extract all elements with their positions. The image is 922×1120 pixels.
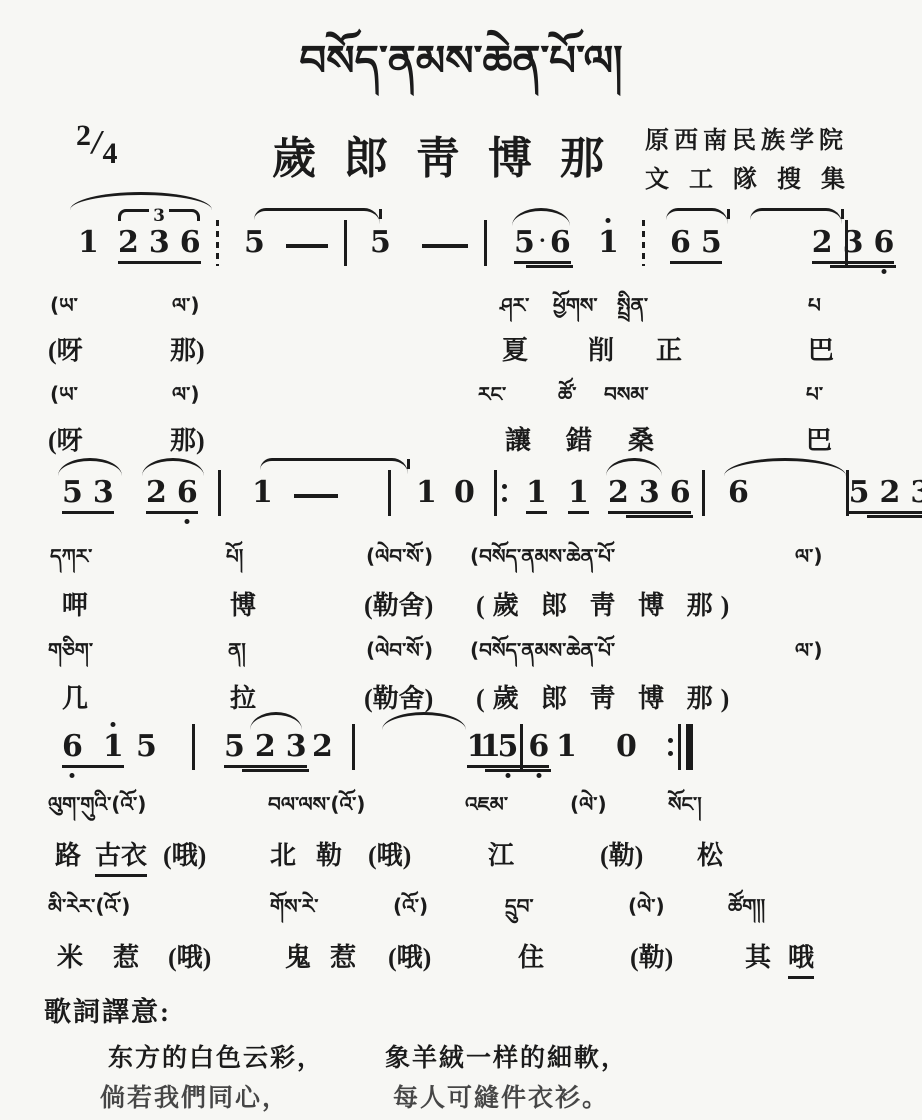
note-char: 1 <box>556 732 577 762</box>
lyric-token: 住 <box>518 937 544 974</box>
lyric-token: (哦) <box>368 835 411 872</box>
note-char: 6 <box>550 228 571 258</box>
lyric-token: 松 <box>697 835 723 872</box>
chinese-lyric-line: 几拉(勒舍)(歲 郎 靑 博 那) <box>0 678 922 726</box>
tibetan-lyric-line: དཀར་པོ།(ལེབ་སོ་)(བསོད་ནམས་ཆེན་པོ་ལ་) <box>0 534 922 582</box>
barline <box>388 470 391 516</box>
note-char: 6 <box>728 478 749 508</box>
repeat-dot <box>668 751 673 756</box>
lyric-token: (勒) <box>600 835 643 872</box>
note-group: 0 <box>454 478 475 511</box>
lyric-token: 那) <box>170 330 205 367</box>
note-char: 2 <box>312 732 333 762</box>
tibetan-lyric-line: (ཡ་ལ་)ཤར་ཕྱོགས་སྤྲིན་པ <box>0 283 922 331</box>
octave-dot-below <box>505 773 510 778</box>
lyric-token: (歲 郎 靑 博 那) <box>476 585 737 622</box>
lyric-token: 米 <box>57 937 83 974</box>
chinese-lyric-line: (呀那)讓錯桑巴 <box>0 420 922 468</box>
lyric-token: 博 <box>230 585 256 622</box>
slur-tie-arc <box>512 208 570 226</box>
lyric-token: བལ་ལས་(འོ་) <box>268 782 365 838</box>
lyric-token: (འོ་) <box>393 884 428 940</box>
lyric-token: ཚོག།། <box>728 884 765 940</box>
barline <box>218 470 221 516</box>
note-char: 6 <box>180 228 201 258</box>
lyric-token: (勒舍) <box>364 678 433 715</box>
note-group: 1 <box>526 478 547 514</box>
lyric-token: མི་རེར་(འོ་) <box>48 884 130 940</box>
note-char: 1 <box>78 228 99 258</box>
note-group: 523 <box>224 732 307 768</box>
lyric-token: ལ་) <box>795 628 822 684</box>
note-char: 2 <box>608 478 629 508</box>
note-group: 5 <box>244 228 265 261</box>
duration-dash <box>294 494 338 498</box>
repeat-dot <box>502 484 507 489</box>
barline <box>494 470 497 516</box>
lyric-token: (བསོད་ནམས་ཆེན་པོ་ <box>470 534 615 590</box>
repeat-dots <box>502 484 507 502</box>
lyric-token: 讓 <box>505 420 531 457</box>
tibetan-lyric-line: (ཡ་ལ་)རང་ཚོ་བསམ་པ་ <box>0 372 922 420</box>
chinese-lyric-line: 米惹(哦)鬼惹(哦)住(勒)其哦 <box>0 937 922 985</box>
dashed-barline <box>642 220 645 266</box>
chinese-song-title: 歲郎靑博那 <box>272 122 632 186</box>
note-char: 1 <box>103 732 124 762</box>
collector-credit: 原西南民族学院 文工隊搜集 <box>645 120 885 194</box>
note-char: 5 <box>701 228 722 258</box>
lyric-token: 拉 <box>230 678 256 715</box>
note-char: 1 <box>526 478 547 508</box>
note-char: 1 <box>416 478 437 508</box>
note-char: 5 <box>244 228 265 258</box>
note-char: 3 <box>286 732 307 762</box>
lyric-token: (ལེབ་སོ་) <box>366 628 433 684</box>
note-group: 5 <box>370 228 391 261</box>
lyric-token: 巴 <box>806 420 832 457</box>
lyric-token: སོང་། <box>668 782 702 838</box>
lyric-token: 惹 <box>113 937 139 974</box>
note-group: 26 <box>146 478 198 514</box>
barline <box>352 724 355 770</box>
repeat-dot <box>668 738 673 743</box>
lyric-token: (ལེབ་སོ་) <box>366 534 433 590</box>
lyrics-translation-heading: 歌詞譯意: <box>44 990 171 1029</box>
note-char: 0 <box>616 732 637 762</box>
lyric-token: 其 <box>745 937 771 974</box>
barline <box>678 724 681 770</box>
note-group: 65 <box>670 228 722 264</box>
tibetan-lyric-line: མི་རེར་(འོ་)གོས་རེ་(འོ་)དྲུབ་(ལེ་)ཚོག།། <box>0 884 922 932</box>
time-signature-numerator: 2 <box>76 119 91 152</box>
barline <box>192 724 195 770</box>
lyric-token: 江 <box>488 835 514 872</box>
note-char: 6 <box>62 732 83 762</box>
final-barline <box>686 724 693 770</box>
lyric-token: (哦) <box>388 937 431 974</box>
note-group: 1 <box>568 478 589 514</box>
lyric-token: གོས་རེ་ <box>270 884 318 940</box>
lyric-token: ལ་) <box>795 534 822 590</box>
chinese-lyric-line: 路古衣(哦)北勒(哦)江(勒)松 <box>0 835 922 883</box>
note-char: 1 <box>480 732 501 762</box>
note-char: 6 <box>528 732 549 762</box>
sheet-music-page: བསོད་ནམས་ཆེན་པོ་ལ། 2/4 歲郎靑博那 原西南民族学院 文工隊… <box>0 0 922 1120</box>
lyric-token: (勒) <box>630 937 673 974</box>
time-signature: 2/4 <box>76 126 117 160</box>
note-char: 2 <box>812 228 833 258</box>
octave-dot-above <box>606 218 611 223</box>
note-char: 2 <box>146 478 167 508</box>
note-char: 0 <box>454 478 475 508</box>
note-group: 61 <box>62 732 124 768</box>
lyric-token: 北 <box>270 835 296 872</box>
repeat-dots <box>668 738 673 756</box>
translation-line: 象羊絨一样的細軟， <box>385 1038 628 1074</box>
fraction-slash: / <box>91 124 102 161</box>
lyric-token: 古衣 <box>95 835 147 877</box>
lyric-token: (呀 <box>48 420 83 457</box>
music-line: 12363555·6165236 <box>0 228 922 270</box>
triplet-number: 3 <box>149 208 169 225</box>
barline <box>520 724 523 770</box>
octave-dot-below <box>185 519 190 524</box>
note-group: 53 <box>62 478 114 514</box>
slur-tie-arc <box>750 208 842 226</box>
triplet-bracket: 3 <box>118 208 200 226</box>
note-char: 1 <box>252 478 273 508</box>
repeat-end-barline <box>668 724 693 770</box>
translation-line: 倘若我們同心， <box>100 1078 289 1114</box>
music-line: 6155232156110 <box>0 732 922 774</box>
repeat-begin-barline <box>494 470 507 516</box>
slur-tie-arc <box>254 208 380 226</box>
lyric-token: པོ། <box>226 534 243 590</box>
note-group: 523 <box>849 478 922 514</box>
barline <box>344 220 347 266</box>
tibetan-lyric-line: གཅིག་ན།(ལེབ་སོ་)(བསོད་ནམས་ཆེན་པོ་ལ་) <box>0 628 922 676</box>
note-char: 5 <box>62 478 83 508</box>
note-char: 1 <box>568 478 589 508</box>
note-char: 5 <box>514 228 535 258</box>
translation-line: 东方的白色云彩， <box>108 1038 324 1074</box>
note-group: 2 <box>312 732 333 765</box>
note-char: 6 <box>670 478 691 508</box>
duration-dash <box>286 244 328 248</box>
octave-dot-below <box>536 773 541 778</box>
dot-separator: · <box>539 230 546 256</box>
barline <box>484 220 487 266</box>
lyric-token: (哦) <box>163 835 206 872</box>
lyric-token: 巴 <box>808 330 834 367</box>
lyric-token: དྲུབ་ <box>505 884 534 940</box>
lyric-token: (呀 <box>48 330 83 367</box>
octave-dot-below <box>70 773 75 778</box>
note-char: 5 <box>849 478 870 508</box>
lyric-token: 几 <box>62 678 88 715</box>
barline <box>846 470 849 516</box>
note-group: 0 <box>616 732 637 765</box>
barline <box>702 470 705 516</box>
note-char: 6 <box>177 478 198 508</box>
note-group: 1 <box>78 228 99 261</box>
note-char: 3 <box>910 478 922 508</box>
tibetan-song-title: བསོད་ནམས་ཆེན་པོ་ལ། <box>0 36 922 86</box>
note-char: 5 <box>370 228 391 258</box>
note-group: 236 <box>118 228 201 264</box>
note-group: 6 <box>728 478 749 511</box>
note-group: 5·6 <box>514 228 571 264</box>
lyric-token: ན། <box>228 628 246 684</box>
lyric-token: (ལེ་) <box>570 782 607 838</box>
note-group: 1 <box>252 478 273 511</box>
note-group: 1 <box>556 732 577 765</box>
duration-dash <box>422 244 468 248</box>
lyric-token: 勒 <box>316 835 342 872</box>
note-char: 2 <box>880 478 901 508</box>
lyric-token: 夏 <box>502 330 528 367</box>
lyric-token: 錯 <box>566 420 592 457</box>
lyric-token: 那) <box>170 420 205 457</box>
lyric-token: (哦) <box>168 937 211 974</box>
note-group: 236 <box>608 478 691 514</box>
lyric-token: 正 <box>656 330 682 367</box>
note-char: 2 <box>255 732 276 762</box>
note-group: 1 <box>598 228 619 261</box>
credit-line-2: 文工隊搜集 <box>645 159 885 194</box>
lyric-token: 桑 <box>628 420 654 457</box>
note-group: 1 <box>480 732 501 765</box>
barline <box>845 220 848 266</box>
translation-line: 每人可縫件衣衫。 <box>393 1078 609 1114</box>
music-line: 5326110112366523 <box>0 478 922 520</box>
note-char: 6 <box>670 228 691 258</box>
lyric-token: (བསོད་ནམས་ཆེན་པོ་ <box>470 628 615 684</box>
lyric-token: 鬼 <box>285 937 311 974</box>
note-char: 5 <box>136 732 157 762</box>
tibetan-lyric-line: ལུག་གུའི་(འོ་)བལ་ལས་(འོ་)འཇམ་(ལེ་)སོང་། <box>0 782 922 830</box>
note-char: 6 <box>873 228 894 258</box>
lyric-token: 削 <box>588 330 614 367</box>
dashed-barline <box>216 220 219 266</box>
time-signature-denominator: 4 <box>102 137 117 170</box>
lyric-token: དཀར་ <box>50 534 92 590</box>
lyric-token: 惹 <box>330 937 356 974</box>
lyric-token: (歲 郎 靑 博 那) <box>476 678 737 715</box>
note-char: 3 <box>149 228 170 258</box>
chinese-lyric-line: 呷博(勒舍)(歲 郎 靑 博 那) <box>0 585 922 633</box>
lyric-token: ལུག་གུའི་(འོ་) <box>48 782 146 838</box>
lyric-token: 呷 <box>62 585 88 622</box>
repeat-dot <box>502 497 507 502</box>
note-char: 3 <box>93 478 114 508</box>
note-char: 2 <box>118 228 139 258</box>
note-char: 1 <box>598 228 619 258</box>
lyric-token: འཇམ་ <box>465 782 508 838</box>
lyric-token: 哦 <box>788 937 814 979</box>
credit-line-1: 原西南民族学院 <box>645 120 885 155</box>
lyric-token: (ལེ་) <box>628 884 665 940</box>
lyric-token: 路 <box>55 835 81 872</box>
note-group: 1 <box>416 478 437 511</box>
octave-dot-below <box>881 269 886 274</box>
note-group: 236 <box>812 228 895 264</box>
lyric-token: (勒舍) <box>364 585 433 622</box>
note-char: 5 <box>224 732 245 762</box>
lyric-token: གཅིག་ <box>48 628 93 684</box>
note-group: 5 <box>136 732 157 765</box>
note-char: 3 <box>639 478 660 508</box>
chinese-lyric-line: (呀那)夏削正巴 <box>0 330 922 378</box>
slur-tie-arc <box>666 208 728 226</box>
